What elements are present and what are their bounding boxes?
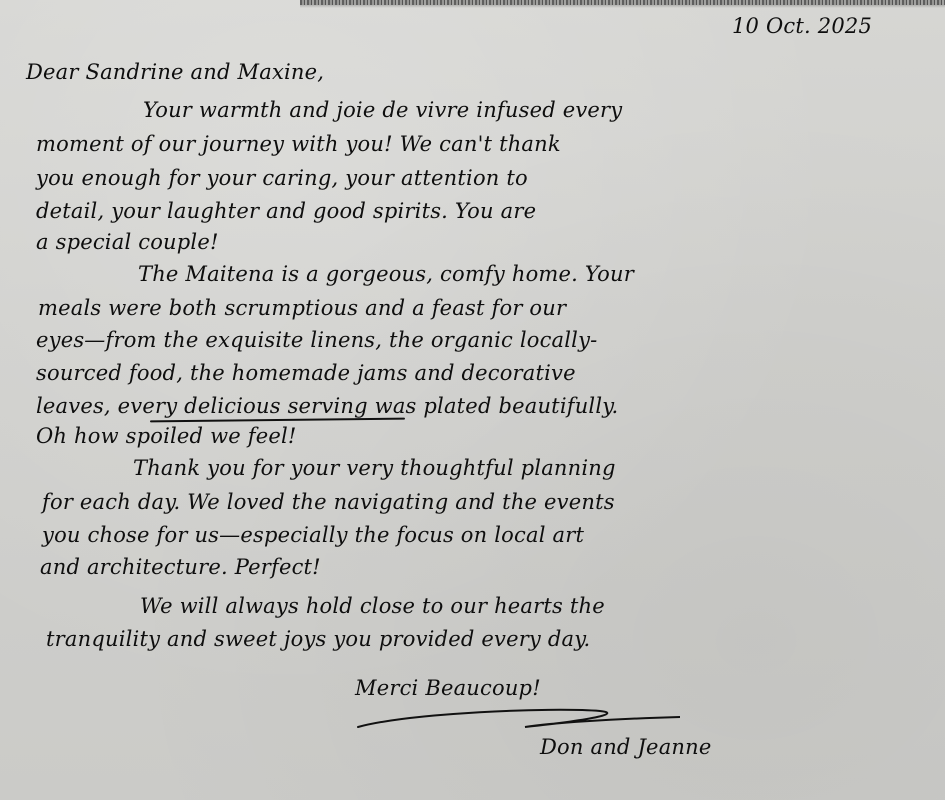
underline-every-delicious [150, 418, 405, 423]
paragraph-2-line-6: Oh how spoiled we feel! [36, 424, 297, 448]
paragraph-2-line-3: eyes—from the exquisite linens, the orga… [36, 328, 597, 352]
paragraph-1-line-3: you enough for your caring, your attenti… [36, 166, 528, 190]
paragraph-2-line-5: leaves, every delicious serving was plat… [36, 394, 618, 418]
handwritten-letter-page: 10 Oct. 2025 Dear Sandrine and Maxine, Y… [0, 0, 945, 800]
edge-shadow [300, 5, 945, 8]
paragraph-2-line-4: sourced food, the homemade jams and deco… [36, 361, 576, 385]
paragraph-3-line-1: Thank you for your very thoughtful plann… [133, 456, 616, 480]
paragraph-1-line-1: Your warmth and joie de vivre infused ev… [143, 98, 622, 122]
paragraph-3-line-3: you chose for us—especially the focus on… [42, 523, 584, 547]
paragraph-3-line-4: and architecture. Perfect! [40, 555, 321, 579]
paragraph-2-line-2: meals were both scrumptious and a feast … [38, 296, 566, 320]
signature-don-and-jeanne: Don and Jeanne [540, 735, 712, 759]
paragraph-4-line-1: We will always hold close to our hearts … [140, 594, 605, 618]
paragraph-1-line-4: detail, your laughter and good spirits. … [36, 199, 536, 223]
closing-merci-beaucoup: Merci Beaucoup! [355, 676, 541, 700]
paragraph-1-line-2: moment of our journey with you! We can't… [36, 132, 561, 156]
salutation: Dear Sandrine and Maxine, [26, 60, 324, 84]
paragraph-2-line-1: The Maitena is a gorgeous, comfy home. Y… [138, 262, 634, 286]
paragraph-3-line-2: for each day. We loved the navigating an… [42, 490, 615, 514]
paragraph-1-line-5: a special couple! [36, 230, 219, 254]
letter-date: 10 Oct. 2025 [732, 14, 872, 38]
paragraph-4-line-2: tranquility and sweet joys you provided … [46, 627, 590, 651]
